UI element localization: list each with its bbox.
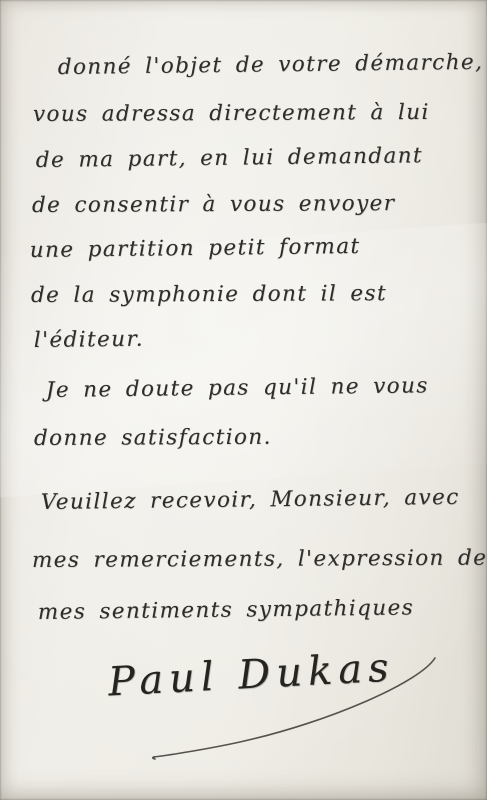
handwritten-line: mes sentiments sympathiques [38,595,415,625]
handwritten-line: de consentir à vous envoyer [32,191,396,218]
handwritten-line: de la symphonie dont il est [31,281,387,308]
handwritten-line: vous adressa directement à lui [33,100,430,127]
handwritten-line: une partition petit format [30,234,361,263]
handwritten-line: donné l'objet de votre démarche, [58,50,484,80]
handwritten-line: de ma part, en lui demandant [36,143,423,173]
signature: Paul Dukas [90,640,450,780]
signature-name: Paul Dukas [107,645,396,706]
handwritten-line: Je ne doute pas qu'il ne vous [46,373,429,403]
letter-page-photo: donné l'objet de votre démarche, vous ad… [0,0,487,800]
handwritten-line: mes remerciements, l'expression de [32,546,487,573]
handwritten-line: l'éditeur. [34,327,144,353]
handwritten-line: donne satisfaction. [34,425,272,451]
handwritten-line: Veuillez recevoir, Monsieur, avec [41,485,460,515]
